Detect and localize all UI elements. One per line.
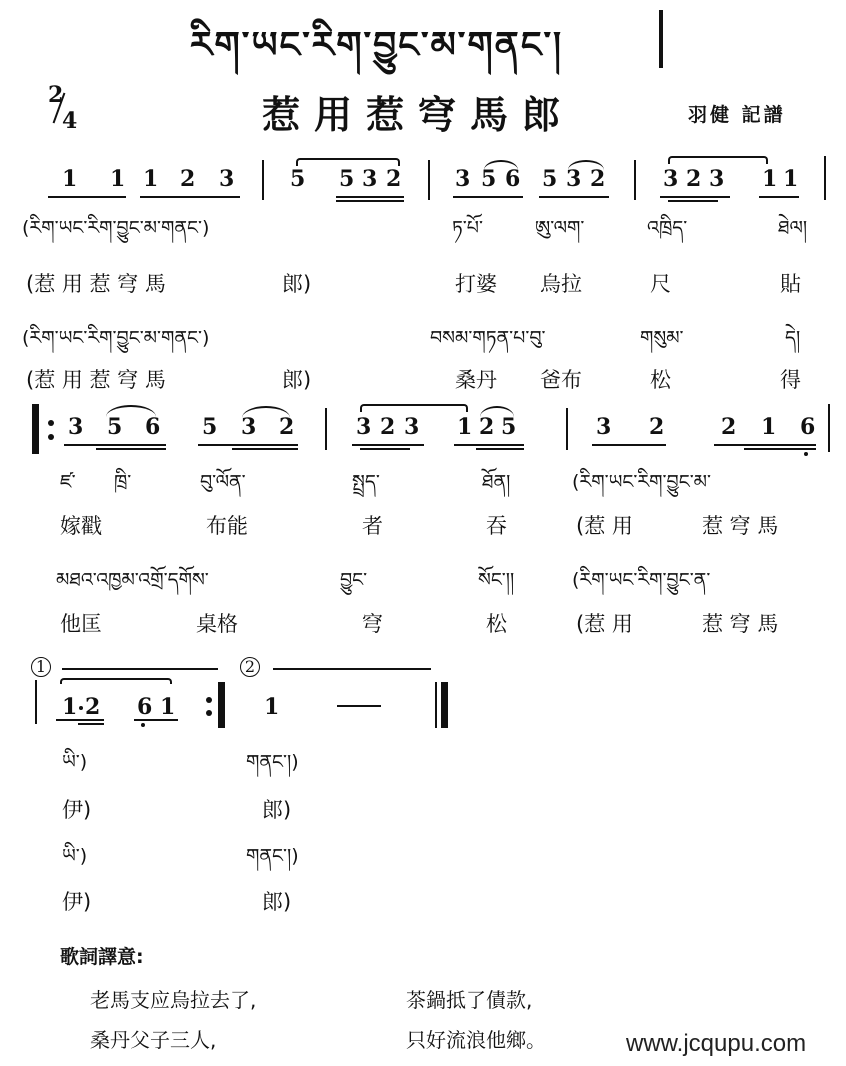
note: 3 [68,414,83,440]
volta-2-bracket [273,668,431,670]
lyric-tibetan: (རིག་ཡང་རིག་བྱུང་མ་ [572,460,711,514]
note: 6 [137,694,152,720]
note: 6 [800,414,815,440]
note: 5 [107,414,122,440]
lyric-chinese: 打婆 [455,268,497,298]
note: 2 [721,414,736,440]
slur [480,406,514,417]
lyric-chinese: 尺 [650,268,671,298]
barline [428,160,430,200]
underline [744,448,816,450]
translation-line: 老馬支应烏拉去了, [90,984,256,1013]
note: 1 [783,166,798,192]
underline [48,196,126,198]
lyric-chinese: 布能 [206,510,248,540]
lyric-chinese: 貼 [780,268,801,298]
slur [60,678,172,684]
note: 5 [542,166,557,192]
note: 3 [596,414,611,440]
lyric-tibetan: སོང་།། [478,558,514,612]
lyric-tibetan: (རིག་ཡང་རིག་བྱུང་མ་གནང་) [22,206,209,260]
lyric-tibetan: ཐོན། [482,460,510,514]
translation-line: 茶鍋抵了債款, [406,984,532,1013]
note: 2 [380,414,395,440]
lyric-chinese: 郎) [282,364,311,394]
barline [824,156,826,200]
translation-line: 只好流浪他鄉。 [406,1024,546,1053]
slur [106,405,156,417]
lyric-tibetan: མཐའ་འཁྱམ་འགྲོ་དགོས་ [56,558,209,612]
slur [296,158,400,166]
note: 2 [649,414,664,440]
low-octave-dot [804,452,808,456]
watermark: www.jcqupu.com [626,1030,806,1058]
note: 3 [663,166,678,192]
lyric-tibetan: གནང་།) [246,834,299,888]
title-shad-mark [659,10,663,68]
lyric-chinese: (惹 用 惹 穹 馬 [26,268,166,298]
lyric-tibetan: ཨུ་ལག་ [535,206,584,260]
underline [660,196,730,198]
lyric-chinese: 桑丹 [455,364,497,394]
repeat-dot [48,434,54,440]
note: 1 [264,694,279,720]
chinese-title: 惹用惹穹馬郎 [262,84,574,139]
translation-line: 桑丹父子三人, [90,1024,216,1053]
note: 3 [356,414,371,440]
lyric-tibetan: བསམ་གཏན་པ་བུ་ [430,316,546,370]
note: 3 [219,166,234,192]
lyric-tibetan: གསུམ་ [640,316,684,370]
underline [476,448,524,450]
slur [568,160,604,170]
lyric-tibetan: སྤྲད་ [352,460,380,514]
repeat-dot [206,710,212,716]
note: 1 [143,166,158,192]
lyric-chinese: 者 [362,510,383,540]
slur [242,406,290,418]
lyric-chinese: (惹 用 [576,608,633,638]
barline [566,408,568,450]
note: 2 [686,166,701,192]
barline [634,160,636,200]
barline [325,408,327,450]
lyric-chinese: 嫁戳 [60,510,102,540]
lyric-tibetan: ཐེལ། [778,206,807,260]
translation-heading: 歌詞譯意: [60,942,144,969]
note: 2 [479,414,494,440]
lyric-chinese: 郎) [282,268,311,298]
note: 5 [202,414,217,440]
slur [360,404,468,412]
note: 5 [339,166,354,192]
note: 1 [62,694,77,720]
final-barline [441,682,448,728]
repeat-end-barline [218,682,225,728]
note: 3 [455,166,470,192]
note: 2 [386,166,401,192]
time-signature: 2 4 [48,84,77,132]
underline [539,196,609,198]
lyric-chinese: 穹 [362,608,383,638]
slur [668,156,768,164]
lyric-tibetan: (རིག་ཡང་རིག་བྱུང་མ་གནང་) [22,316,209,370]
note: 3 [362,166,377,192]
lyric-chinese: 吞 [486,510,507,540]
time-signature-denominator: 4 [62,110,77,132]
underline [453,196,523,198]
lyric-tibetan: བྱུང་ [340,558,367,612]
underline [592,444,666,446]
lyric-chinese: 爸布 [540,364,582,394]
note: 2 [85,694,100,720]
sustain-dash [337,705,381,707]
note: 1 [761,414,776,440]
lyric-tibetan: ཡི་) [62,740,87,794]
repeat-dot [48,420,54,426]
barline [828,404,830,452]
volta-1-label: 1 [31,657,51,677]
note: 1 [160,694,175,720]
underline [360,448,410,450]
note: 2 [180,166,195,192]
lyric-chinese: 松 [486,608,507,638]
underline [352,444,424,446]
lyric-chinese: 伊) [62,886,91,916]
lyric-chinese: 桌格 [196,608,238,638]
lyric-chinese: (惹 用 惹 穹 馬 [26,364,166,394]
note: 1 [62,166,77,192]
note: 6 [145,414,160,440]
volta-1-bracket [62,668,218,670]
barline [35,680,37,724]
underline [336,196,404,198]
underline [56,719,104,721]
slur [484,160,518,170]
lyric-chinese: 惹 穹 馬 [702,510,778,540]
lyric-chinese: 烏拉 [540,268,582,298]
repeat-start-barline [32,404,39,454]
lyric-chinese: 他匡 [60,608,102,638]
lyric-tibetan: འཁྲིད་ [647,206,687,260]
barline [262,160,264,200]
note: 3 [709,166,724,192]
underline [78,723,104,725]
lyric-chinese: 得 [780,364,801,394]
lyric-chinese: 伊) [62,794,91,824]
underline [668,200,718,202]
volta-2-label: 2 [240,657,260,677]
repeat-dot [206,697,212,703]
note: 1 [457,414,472,440]
barline [435,682,437,728]
note: 1 [110,166,125,192]
lyric-chinese: 郎) [262,794,291,824]
transcriber-credit: 羽健 記譜 [688,100,786,127]
underline [454,444,524,446]
lyric-tibetan: ཡི་) [62,834,87,888]
lyric-tibetan: བུ་ལོན་ [200,460,246,514]
lyric-tibetan: དེ། [785,316,800,370]
underline [96,448,166,450]
underline [714,444,816,446]
note: 1 [762,166,777,192]
lyric-chinese: 惹 穹 馬 [702,608,778,638]
underline [134,719,178,721]
lyric-tibetan: ཏ་པོ་ [452,206,483,260]
lyric-tibetan: ཁྲི་ [114,460,131,514]
note: 3 [404,414,419,440]
underline [336,200,404,202]
dot [79,706,83,710]
lyric-tibetan: གནང་།) [246,740,299,794]
note: 5 [501,414,516,440]
lyric-chinese: (惹 用 [576,510,633,540]
underline [140,196,240,198]
lyric-tibetan: ཛ་ [60,460,76,514]
underline [232,448,298,450]
underline [198,444,298,446]
lyric-chinese: 松 [650,364,671,394]
low-octave-dot [141,723,145,727]
underline [759,196,799,198]
lyric-chinese: 郎) [262,886,291,916]
underline [64,444,166,446]
lyric-tibetan: (རིག་ཡང་རིག་བྱུང་ན་ [572,558,710,612]
note: 5 [290,166,305,192]
